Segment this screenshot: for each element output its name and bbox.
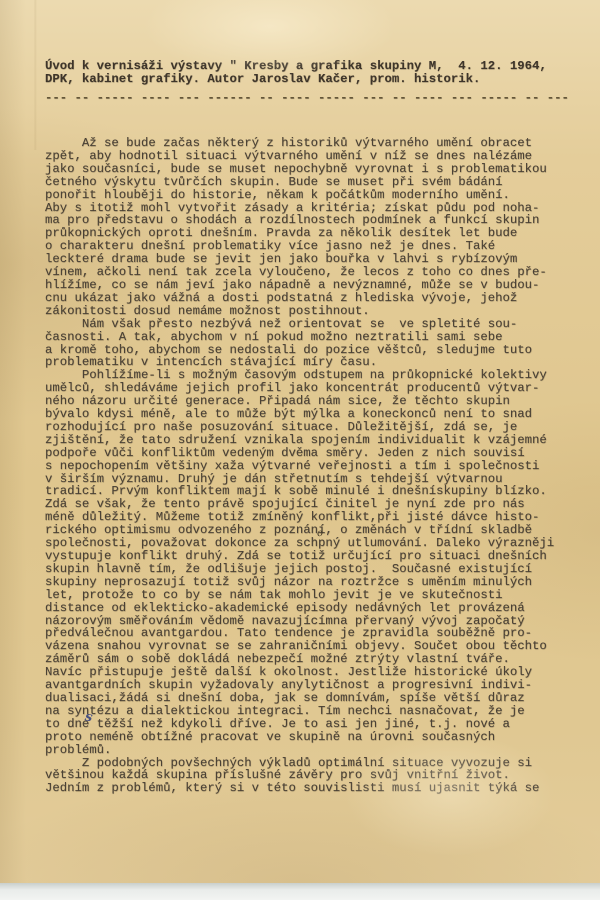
title-line-2: DPK, kabinet grafiky. Autor Jaroslav Kač… — [45, 73, 585, 86]
document-body: Až se bude začas některý z historiků výt… — [45, 137, 579, 795]
paragraph-1: Až se bude začas některý z historiků výt… — [45, 137, 579, 318]
scan-backdrop-edge — [0, 883, 600, 900]
title-line-1: Úvod k vernisáži výstavy " Kresby a graf… — [45, 60, 585, 73]
document-header: Úvod k vernisáži výstavy " Kresby a graf… — [45, 60, 585, 105]
scanned-typewritten-page: { "header": { "line1": "Úvod k vernisáži… — [0, 0, 600, 900]
paragraph-3: Pohlížíme-li s možným časovým odstupem n… — [45, 369, 579, 756]
paragraph-4: Z podobných povšechných výkladů optimáln… — [45, 757, 579, 796]
typed-dash-rule: --- -- ----- ---- --- ------ -- ---- ---… — [45, 92, 577, 105]
paper-sheet: Úvod k vernisáži výstavy " Kresby a graf… — [0, 0, 600, 883]
paragraph-2: Nám však přesto nezbývá než orientovat s… — [45, 318, 579, 370]
